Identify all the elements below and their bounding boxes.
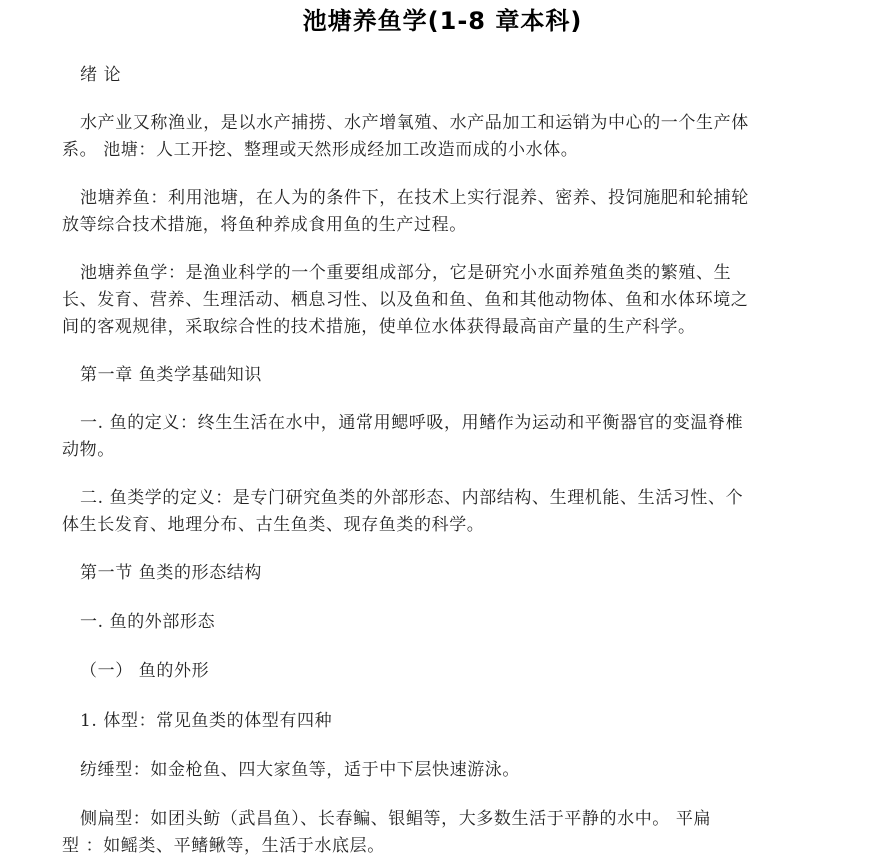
paragraph-fusiform: 纺缍型：如金枪鱼、四大家鱼等，适于中下层快速游泳。 [62, 757, 860, 783]
section-heading-1-1: 第一节 鱼类的形态结构 [62, 560, 860, 586]
paragraph-fish-definition-line-1: 一. 鱼的定义：终生生活在水中，通常用鳃呼吸，用鳍作为运动和平衡器官的变温脊椎 [62, 410, 860, 436]
subsubsection-heading-body-shape: （一） 鱼的外形 [62, 658, 860, 684]
subsection-heading-external-morphology: 一. 鱼的外部形态 [62, 609, 860, 635]
paragraph-pond-aquaculture-science-line-3: 间的客观规律，采取综合性的技术措施，使单位水体获得最高亩产量的生产科学。 [62, 314, 842, 340]
document-title: 池塘养鱼学(1-8 章本科) [0, 4, 885, 38]
paragraph-pond-aquaculture-science-line-1: 池塘养鱼学：是渔业科学的一个重要组成部分，它是研究小水面养殖鱼类的繁殖、生 [62, 260, 860, 286]
paragraph-fish-definition-line-2: 动物。 [62, 437, 842, 463]
paragraph-pond-aquaculture-line-1: 池塘养鱼：利用池塘，在人为的条件下，在技术上实行混养、密养、投饲施肥和轮捕轮 [62, 185, 860, 211]
document-page: 池塘养鱼学(1-8 章本科) 绪 论水产业又称渔业，是以水产捕捞、水产增氧殖、水… [0, 0, 885, 866]
list-item-body-types: 1. 体型：常见鱼类的体型有四种 [62, 708, 860, 734]
paragraph-fishery-line-2: 系。 池塘：人工开挖、整理或天然形成经加工改造而成的小水体。 [62, 137, 842, 163]
paragraph-fishery-line-1: 水产业又称渔业，是以水产捕捞、水产增氧殖、水产品加工和运销为中心的一个生产体 [62, 110, 860, 136]
paragraph-compressed-line-1: 侧扁型：如团头鲂（武昌鱼）、长春鳊、银鲳等，大多数生活于平静的水中。 平扁 [62, 806, 860, 832]
paragraph-pond-aquaculture-science-line-2: 长、发育、营养、生理活动、栖息习性、以及鱼和鱼、鱼和其他动物体、鱼和水体环境之 [62, 287, 842, 313]
paragraph-ichthyology-definition-line-1: 二. 鱼类学的定义：是专门研究鱼类的外部形态、内部结构、生理机能、生活习性、个 [62, 485, 860, 511]
paragraph-pond-aquaculture-line-2: 放等综合技术措施，将鱼种养成食用鱼的生产过程。 [62, 212, 842, 238]
chapter-heading-1: 第一章 鱼类学基础知识 [62, 362, 860, 388]
paragraph-ichthyology-definition-line-2: 体生长发育、地理分布、古生鱼类、现存鱼类的科学。 [62, 512, 842, 538]
paragraph-compressed-line-2: 型 ：如鳐类、平鳍鳅等，生活于水底层。 [62, 833, 842, 859]
section-heading-intro: 绪 论 [62, 62, 860, 88]
